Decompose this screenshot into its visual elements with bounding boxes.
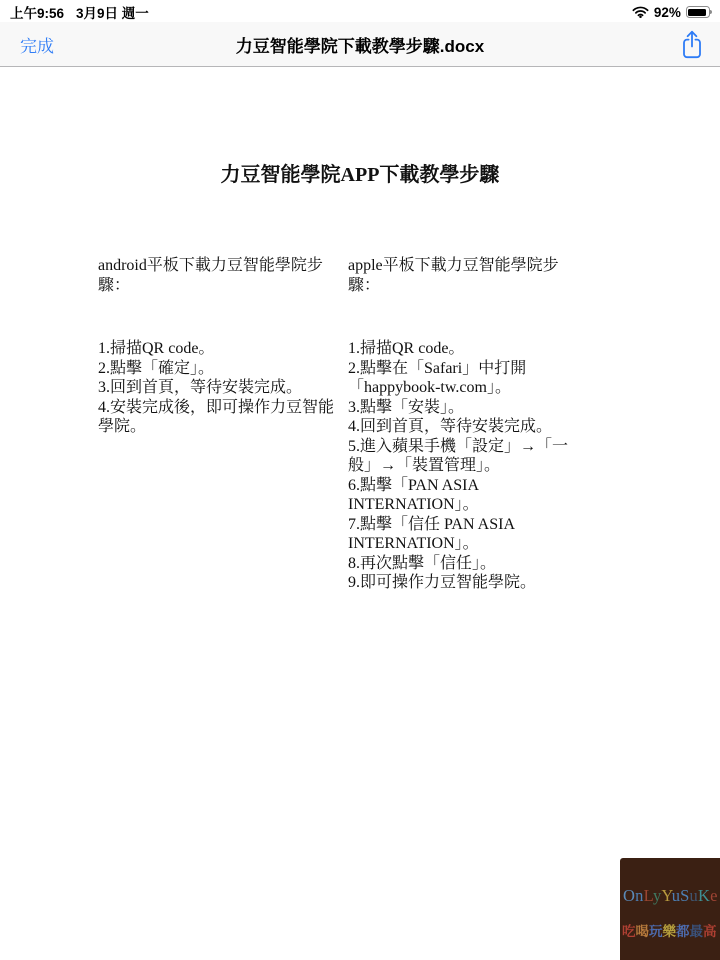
share-icon — [680, 29, 704, 60]
watermark-logo-text: OnLyYuSuKe — [623, 886, 719, 906]
doc-step: 8.再次點擊「信任」。 — [348, 554, 618, 574]
status-right: 92% — [632, 5, 712, 20]
doc-step: 1.掃描QR code。 — [348, 339, 618, 359]
doc-step: 2.點擊在「Safari」中打開 「happybook-tw.com」。 — [348, 359, 618, 398]
status-bar: 上午9:56 3月9日 週一 92% — [0, 0, 720, 22]
wifi-icon — [632, 6, 649, 18]
battery-percent: 92% — [654, 5, 681, 20]
doc-step: 3.點擊「安裝」。 — [348, 398, 618, 418]
instruction-columns: android平板下載力豆智能學院步 驟： 1.掃描QR code。2.點擊「確… — [98, 217, 720, 632]
status-date: 3月9日 週一 — [76, 2, 149, 22]
document-filename-title: 力豆智能學院下載教學步驟.docx — [236, 32, 484, 57]
apple-column-header: apple平板下載力豆智能學院步 驟： — [348, 256, 618, 295]
android-column-header: android平板下載力豆智能學院步 驟： — [98, 256, 348, 295]
doc-step: 3.回到首頁，等待安裝完成。 — [98, 378, 348, 398]
done-button[interactable]: 完成 — [20, 22, 54, 66]
battery-icon — [686, 6, 712, 18]
android-instructions-column: android平板下載力豆智能學院步 驟： 1.掃描QR code。2.點擊「確… — [98, 217, 348, 632]
doc-step: 4.回到首頁，等待安裝完成。 — [348, 417, 618, 437]
apple-steps-list: 1.掃描QR code。2.點擊在「Safari」中打開 「happybook-… — [348, 339, 618, 593]
android-steps-list: 1.掃描QR code。2.點擊「確定」。3.回到首頁，等待安裝完成。4.安裝完… — [98, 339, 348, 437]
document-page: 力豆智能學院APP下載教學步驟 android平板下載力豆智能學院步 驟： 1.… — [0, 67, 720, 960]
status-left: 上午9:56 3月9日 週一 — [10, 2, 149, 22]
status-time: 上午9:56 — [10, 2, 64, 22]
doc-step: 4.安裝完成後，即可操作力豆智能 學院。 — [98, 398, 348, 437]
doc-step: 6.點擊「PAN ASIA INTERNATION」。 — [348, 476, 618, 515]
apple-instructions-column: apple平板下載力豆智能學院步 驟： 1.掃描QR code。2.點擊在「Sa… — [348, 217, 618, 632]
doc-step: 2.點擊「確定」。 — [98, 359, 348, 379]
doc-step: 5.進入蘋果手機「設定」→「一 般」→「裝置管理」。 — [348, 437, 618, 476]
nav-bar: 完成 力豆智能學院下載教學步驟.docx — [0, 22, 720, 67]
doc-step: 9.即可操作力豆智能學院。 — [348, 573, 618, 593]
doc-step: 7.點擊「信任 PAN ASIA INTERNATION」。 — [348, 515, 618, 554]
watermark-badge: OnLyYuSuKe 吃喝玩樂都最高 — [620, 858, 720, 960]
document-heading: 力豆智能學院APP下載教學步驟 — [0, 158, 720, 187]
watermark-slogan-text: 吃喝玩樂都最高 — [622, 920, 720, 940]
share-button[interactable] — [680, 22, 704, 66]
doc-step: 1.掃描QR code。 — [98, 339, 348, 359]
